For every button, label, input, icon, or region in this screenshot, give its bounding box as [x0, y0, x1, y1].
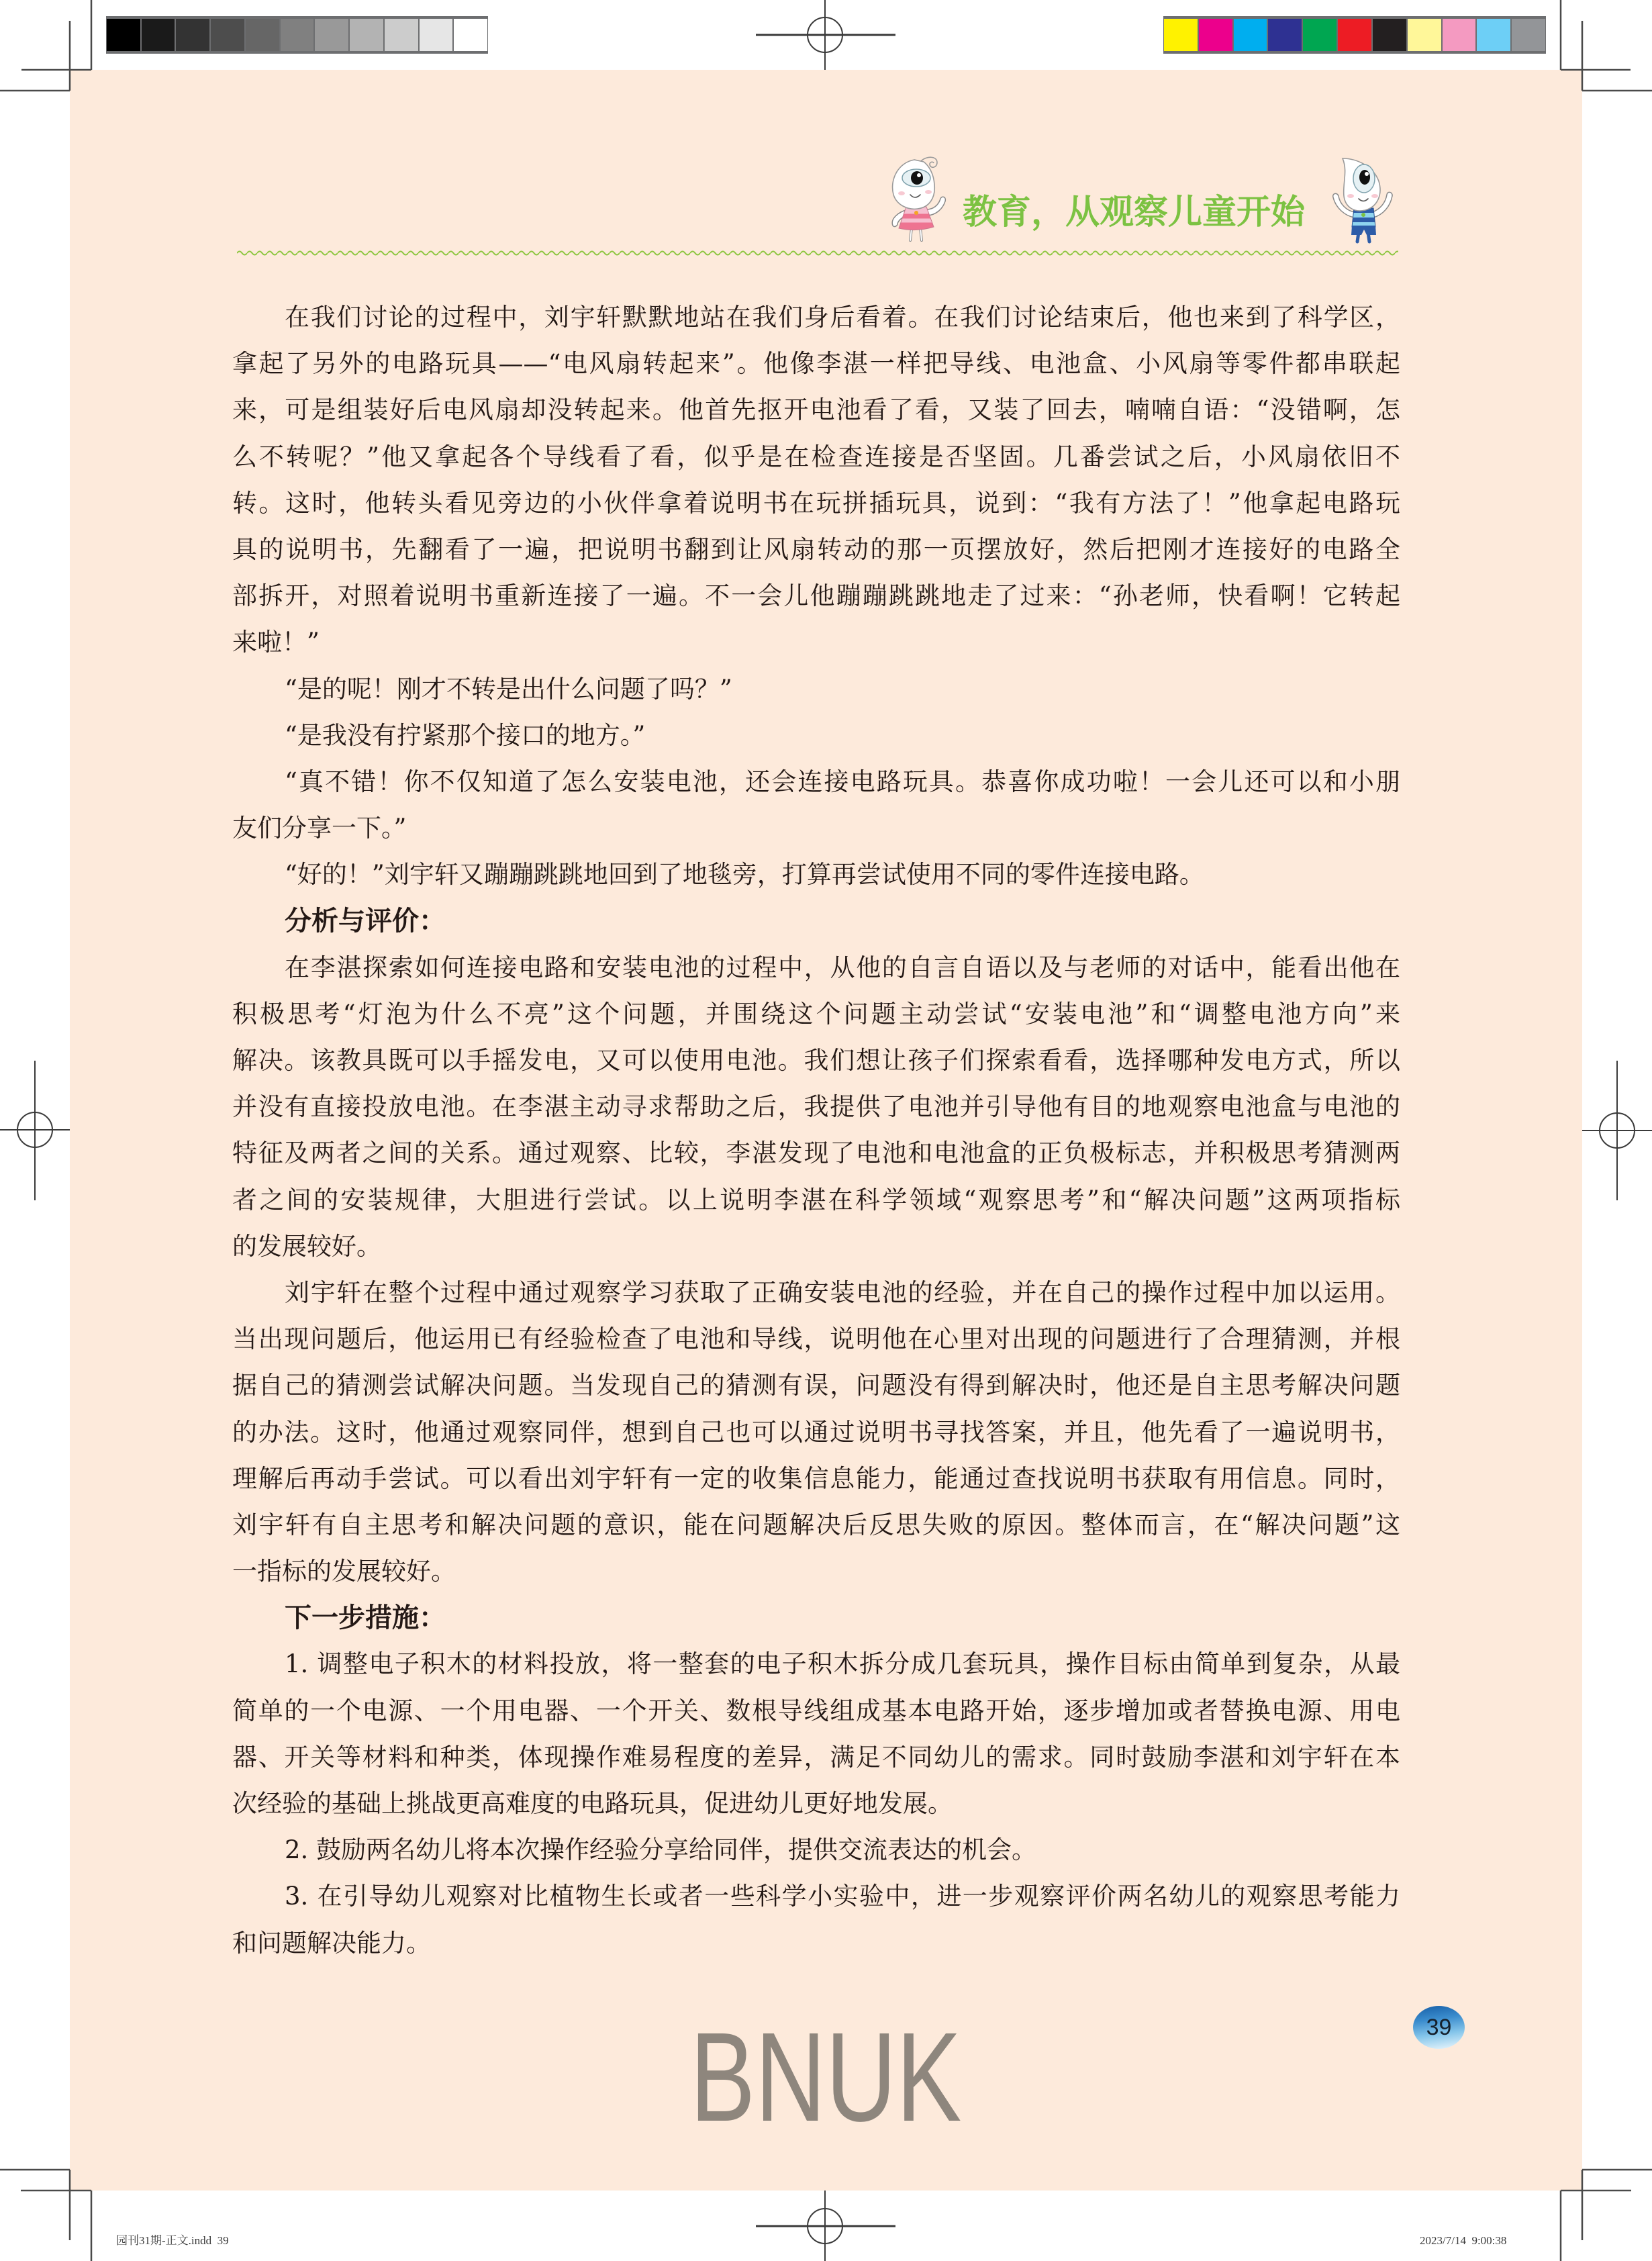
gray-swatch — [315, 19, 348, 51]
text-line: 拿起了另外的电路玩具——“电风扇转起来”。他像李湛一样把导线、电池盒、小风扇等零… — [232, 340, 1400, 387]
gray-swatch — [350, 19, 383, 51]
color-swatch — [1234, 19, 1267, 51]
text-line: 简单的一个电源、一个用电器、一个开关、数根导线组成基本电路开始，逐步增加或者替换… — [232, 1688, 1400, 1734]
grayscale-control-bar — [106, 16, 488, 54]
registration-mark-bottom — [756, 2191, 895, 2261]
color-swatch — [1338, 19, 1371, 51]
text-line: 者之间的安装规律，大胆进行尝试。以上说明李湛在科学领域“观察思考”和“解决问题”… — [232, 1177, 1400, 1223]
color-swatch — [1443, 19, 1476, 51]
gray-swatch — [176, 19, 209, 51]
paragraph-narrative-1: 在我们讨论的过程中，刘宇轩默默地站在我们身后看着。在我们讨论结束后，他也来到了科… — [232, 294, 1400, 666]
girl-mascot-icon — [883, 153, 951, 244]
gray-swatch — [385, 19, 418, 51]
text-line: 的发展较好。 — [232, 1223, 1400, 1269]
text-line: 刘宇轩在整个过程中通过观察学习获取了正确安装电池的经验，并在自己的操作过程中加以… — [232, 1269, 1400, 1316]
text-line: 积极思考“灯泡为什么不亮”这个问题，并围绕这个问题主动尝试“安装电池”和“调整电… — [232, 991, 1400, 1037]
watermark-logo: BNUK — [690, 2014, 961, 2141]
article-body: 在我们讨论的过程中，刘宇轩默默地站在我们身后看着。在我们讨论结束后，他也来到了科… — [232, 294, 1400, 1966]
text-line: “好的！”刘宇轩又蹦蹦跳跳地回到了地毯旁，打算再尝试使用不同的零件连接电路。 — [232, 851, 1400, 898]
text-line: 并没有直接投放电池。在李湛主动寻求帮助之后，我提供了电池并引导他有目的地观察电池… — [232, 1084, 1400, 1130]
text-line: 来，可是组装好后电风扇却没转起来。他首先抠开电池看了看，又装了回去，喃喃自语：“… — [232, 387, 1400, 433]
gray-swatch — [281, 19, 314, 51]
paragraph-analysis-1: 在李湛探索如何连接电路和安装电池的过程中，从他的自言自语以及与老师的对话中，能看… — [232, 945, 1400, 1269]
text-line: 刘宇轩有自主思考和解决问题的意识，能在问题解决后反思失败的原因。整体而言，在“解… — [232, 1502, 1400, 1548]
color-control-bar — [1163, 16, 1546, 54]
registration-mark-top — [756, 0, 895, 70]
color-swatch — [1477, 19, 1510, 51]
text-line: “是我没有拧紧那个接口的地方。” — [232, 712, 1400, 759]
text-line: 部拆开，对照着说明书重新连接了一遍。不一会儿他蹦蹦跳跳地走了过来：“孙老师，快看… — [232, 573, 1400, 619]
text-line: “真不错！你不仅知道了怎么安装电池，还会连接电路玩具。恭喜你成功啦！一会儿还可以… — [232, 759, 1400, 805]
section-heading-analysis: 分析与评价： — [232, 898, 1400, 944]
wavy-divider — [237, 248, 1398, 258]
registration-mark-left — [0, 1061, 70, 1200]
paragraph-dialogue: “是我没有拧紧那个接口的地方。” — [232, 712, 1400, 759]
text-line: 次经验的基础上挑战更高难度的电路玩具，促进幼儿更好地发展。 — [232, 1780, 1400, 1827]
text-line: 具的说明书，先翻看了一遍，把说明书翻到让风扇转动的那一页摆放好，然后把刚才连接好… — [232, 526, 1400, 573]
next-step-item-3: 3. 在引导幼儿观察对比植物生长或者一些科学小实验中，进一步观察评价两名幼儿的观… — [232, 1873, 1400, 1966]
color-swatch — [1512, 19, 1545, 51]
gray-swatch — [211, 19, 244, 51]
text-line: 特征及两者之间的关系。通过观察、比较，李湛发现了电池和电池盒的正负极标志，并积极… — [232, 1130, 1400, 1176]
text-line: 当出现问题后，他运用已有经验检查了电池和导线，说明他在心里对出现的问题进行了合理… — [232, 1316, 1400, 1362]
next-step-item-2: 2. 鼓励两名幼儿将本次操作经验分享给同伴，提供交流表达的机会。 — [232, 1827, 1400, 1873]
gray-swatch — [107, 19, 140, 51]
gray-swatch — [420, 19, 453, 51]
paragraph-dialogue: “好的！”刘宇轩又蹦蹦跳跳地回到了地毯旁，打算再尝试使用不同的零件连接电路。 — [232, 851, 1400, 898]
registration-mark-right — [1582, 1061, 1652, 1200]
text-line: “是的呢！刚才不转是出什么问题了吗？” — [232, 666, 1400, 712]
gray-swatch — [142, 19, 175, 51]
text-line: 的办法。这时，他通过观察同伴，想到自己也可以通过说明书寻找答案，并且，他先看了一… — [232, 1409, 1400, 1455]
color-swatch — [1199, 19, 1232, 51]
text-line: 么不转呢？”他又拿起各个导线看了看，似乎是在检查连接是否坚固。几番尝试之后，小风… — [232, 434, 1400, 480]
text-line: 1. 调整电子积木的材料投放，将一整套的电子积木拆分成几套玩具，操作目标由简单到… — [232, 1641, 1400, 1687]
next-step-item-1: 1. 调整电子积木的材料投放，将一整套的电子积木拆分成几套玩具，操作目标由简单到… — [232, 1641, 1400, 1827]
text-line: 转。这时，他转头看见旁边的小伙伴拿着说明书在玩拼插玩具，说到：“我有方法了！”他… — [232, 480, 1400, 526]
page-number-badge: 39 — [1413, 2006, 1465, 2049]
text-line: 来啦！” — [232, 619, 1400, 665]
slug-timestamp: 2023/7/14 9:00:38 — [1420, 2233, 1506, 2249]
boy-mascot-icon — [1322, 154, 1404, 244]
section-heading-next-steps: 下一步措施： — [232, 1594, 1400, 1641]
text-line: 和问题解决能力。 — [232, 1920, 1400, 1966]
text-line: 器、开关等材料和种类，体现操作难易程度的差异，满足不同幼儿的需求。同时鼓励李湛和… — [232, 1734, 1400, 1780]
text-line: 友们分享一下。” — [232, 805, 1400, 851]
paragraph-dialogue: “真不错！你不仅知道了怎么安装电池，还会连接电路玩具。恭喜你成功啦！一会儿还可以… — [232, 759, 1400, 851]
page-number: 39 — [1426, 2016, 1452, 2039]
color-swatch — [1373, 19, 1406, 51]
slug-filename: 园刊31期-正文.indd 39 — [116, 2233, 229, 2249]
text-line: 在李湛探索如何连接电路和安装电池的过程中，从他的自言自语以及与老师的对话中，能看… — [232, 945, 1400, 991]
text-line: 在我们讨论的过程中，刘宇轩默默地站在我们身后看着。在我们讨论结束后，他也来到了科… — [232, 294, 1400, 340]
color-swatch — [1303, 19, 1337, 51]
text-line: 解决。该教具既可以手摇发电，又可以使用电池。我们想让孩子们探索看看，选择哪种发电… — [232, 1037, 1400, 1084]
color-swatch — [1268, 19, 1302, 51]
paragraph-dialogue: “是的呢！刚才不转是出什么问题了吗？” — [232, 666, 1400, 712]
color-swatch — [1408, 19, 1441, 51]
header-title: 教育，从观察儿童开始 — [963, 195, 1305, 230]
gray-swatch — [246, 19, 279, 51]
text-line: 3. 在引导幼儿观察对比植物生长或者一些科学小实验中，进一步观察评价两名幼儿的观… — [232, 1873, 1400, 1919]
gray-swatch — [454, 19, 487, 51]
text-line: 2. 鼓励两名幼儿将本次操作经验分享给同伴，提供交流表达的机会。 — [232, 1827, 1400, 1873]
color-swatch — [1164, 19, 1198, 51]
text-line: 理解后再动手尝试。可以看出刘宇轩有一定的收集信息能力，能通过查找说明书获取有用信… — [232, 1455, 1400, 1502]
paragraph-analysis-2: 刘宇轩在整个过程中通过观察学习获取了正确安装电池的经验，并在自己的操作过程中加以… — [232, 1269, 1400, 1594]
text-line: 一指标的发展较好。 — [232, 1548, 1400, 1594]
text-line: 据自己的猜测尝试解决问题。当发现自己的猜测有误，问题没有得到解决时，他还是自主思… — [232, 1362, 1400, 1408]
